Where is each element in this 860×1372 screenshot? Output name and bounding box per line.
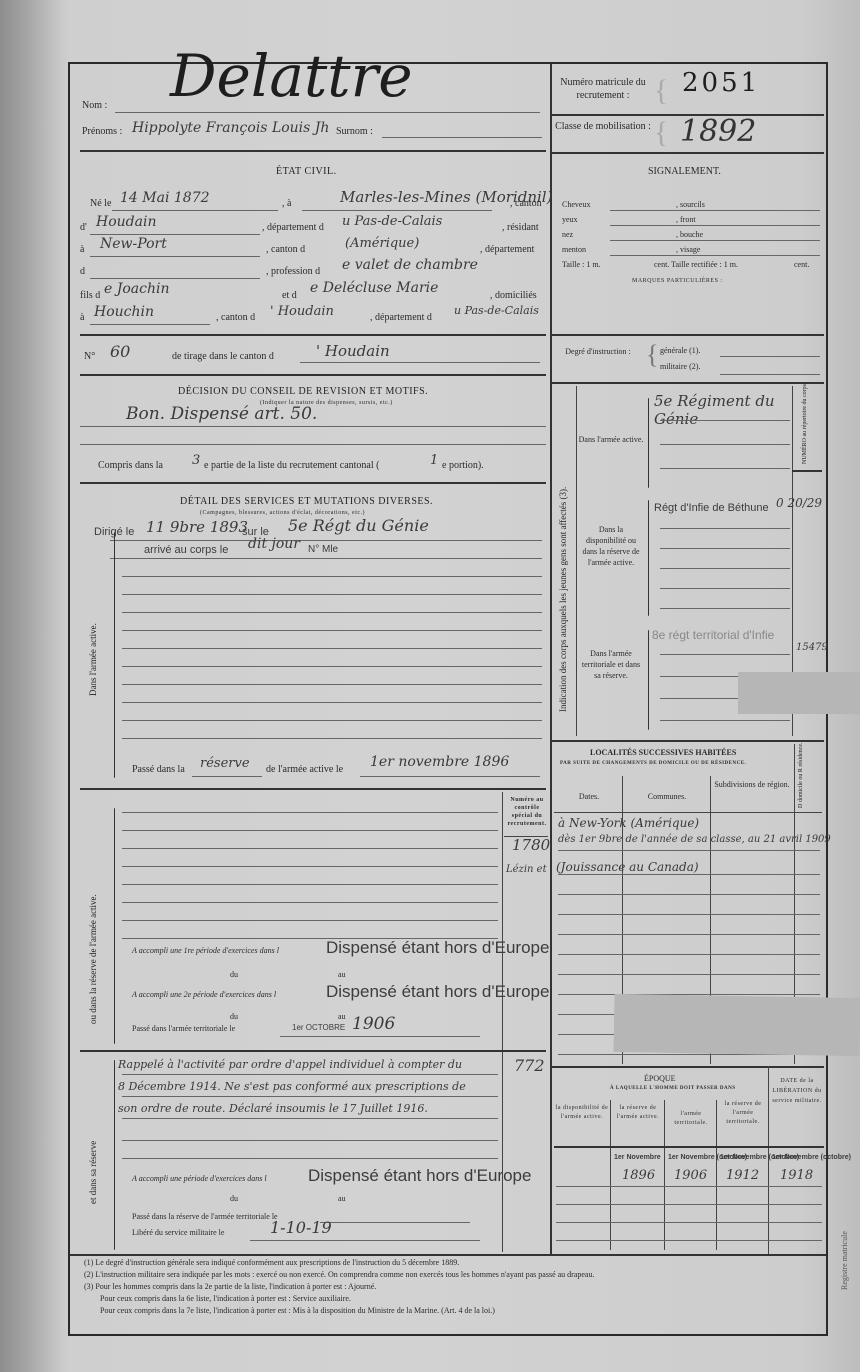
ruled-line [660, 588, 790, 589]
localites-title: LOCALITÉS SUCCESSIVES HABITÉES [590, 748, 736, 757]
periode1-stamp: Dispensé étant hors d'Europe [326, 938, 549, 958]
services-title: DÉTAIL DES SERVICES ET MUTATIONS DIVERSE… [180, 496, 433, 507]
corps-active-value-1: 5e Régiment du [654, 392, 775, 410]
localite-entry-2: dès 1er 9bre de l'année de sa classe, au… [558, 834, 831, 845]
ruled-line [660, 468, 790, 469]
ruled-line [558, 934, 820, 935]
periode1-label: A accompli une 1re période d'exercices d… [132, 946, 279, 955]
du-label-2: du [230, 1012, 238, 1021]
canton3-label: , canton d [216, 312, 255, 323]
tirage-no-label: N° [84, 351, 95, 362]
birth-date: 14 Mai 1872 [120, 190, 210, 206]
au-label-3: au [338, 1194, 346, 1203]
taille-label: Taille : 1 m. [562, 260, 601, 269]
divider [554, 1146, 824, 1148]
cent-label: cent. [794, 260, 809, 269]
line [110, 540, 542, 541]
epoque-col-reserve-territoriale: la réserve de l'armée territoriale. [718, 1100, 768, 1127]
canton-prefix: d' [80, 222, 87, 233]
ruled-line [122, 648, 542, 649]
localites-col-dates: Dates. [556, 792, 622, 801]
line [112, 210, 278, 211]
ruled-line [556, 1240, 822, 1241]
a-label: , à [282, 198, 291, 209]
d-label: d [80, 266, 85, 277]
epoque-stamp-4: 1er Novembre (octobre) [772, 1154, 851, 1161]
brace [648, 500, 649, 616]
ruled-line [660, 654, 790, 655]
menton-label: menton [562, 245, 586, 254]
decision-title: DÉCISION DU CONSEIL DE REVISION ET MOTIF… [178, 386, 428, 397]
du-label: du [230, 970, 238, 979]
ruled-line [558, 850, 820, 851]
ruled-line [122, 902, 498, 903]
sur-value: 5e Régt du Génie [288, 516, 429, 535]
ruled-line [122, 866, 498, 867]
surnom-line [382, 137, 542, 138]
ruled-line [660, 444, 790, 445]
line [300, 362, 540, 363]
front-label: , front [676, 215, 696, 224]
passe-reserve-terr-label: Passé dans la réserve de l'armée territo… [132, 1212, 278, 1221]
portion-value: 1 [430, 453, 438, 468]
line [720, 356, 820, 357]
corps-active-value-2: Génie [654, 410, 698, 428]
line [90, 234, 260, 235]
ruled-line [660, 720, 790, 721]
ruled-line [558, 874, 820, 875]
corps-territoriale-stamp: 8e régt territorial d'Infie [652, 628, 774, 642]
nom-label: Nom : [82, 100, 107, 111]
epoque-year-reserve-territoriale: 1912 [726, 1168, 759, 1183]
domicile-value: Houchin [94, 304, 154, 320]
ruled-line [122, 1140, 498, 1141]
residant-label: , résidant [502, 222, 539, 233]
numero-controle-label: Numéro au contrôle spécial du recrutemen… [504, 796, 550, 828]
line [90, 324, 210, 325]
brace-glyph: { [646, 340, 658, 370]
footnote-4: Pour ceux compris dans la 6e liste, l'in… [100, 1294, 351, 1303]
side-label-reserve: ou dans la réserve de l'armée active. [88, 894, 98, 1024]
ruled-line [610, 240, 820, 241]
taille-rectifiee-label: cent. Taille rectifiée : 1 m. [654, 260, 738, 269]
vline [716, 1100, 717, 1250]
surnom-label: Surnom : [336, 126, 373, 137]
periode2-label: A accompli une 2e période d'exercices da… [132, 990, 276, 999]
fils-label: fils d [80, 290, 100, 301]
nez-label: nez [562, 230, 573, 239]
instruction-generale-label: générale (1). [660, 346, 700, 355]
classe-value: 1892 [680, 114, 756, 149]
corps-side-label: Indication des corps auxquels les jeunes… [558, 487, 568, 712]
domicile-prefix: à [80, 312, 84, 323]
ruled-line [610, 210, 820, 211]
ruled-line [556, 1222, 822, 1223]
epoque-year-reserve: 1896 [622, 1168, 655, 1183]
libere-label: Libéré du service militaire le [132, 1228, 224, 1237]
ruled-line [122, 920, 498, 921]
tirage-canton: ' Houdain [316, 342, 390, 360]
epoque-subtitle: À LAQUELLE L'HOMME DOIT PASSER DANS [610, 1086, 736, 1091]
yeux-label: yeux [562, 215, 578, 224]
line [80, 444, 546, 445]
visage-label: , visage [676, 245, 700, 254]
corps-disponibilite-number: 0 20/29 [776, 496, 822, 510]
du-label-3: du [230, 1194, 238, 1203]
etat-civil-title: ÉTAT CIVIL. [276, 166, 337, 177]
ruled-line [556, 1204, 822, 1205]
ruled-line [122, 666, 542, 667]
au-label-2: au [338, 1012, 346, 1021]
paper-patch [738, 672, 860, 714]
ruled-line [122, 830, 498, 831]
ruled-line [558, 954, 820, 955]
brace [114, 532, 115, 778]
et-label: et d [282, 290, 297, 301]
numero-controle-value: 1780 [512, 836, 550, 854]
divider [80, 150, 546, 152]
vline [664, 1100, 665, 1250]
divider [552, 740, 824, 742]
ne-le-label: Né le [90, 198, 111, 209]
brace [648, 398, 649, 488]
line [250, 1240, 480, 1241]
divider [80, 482, 546, 484]
rappel-text-2: 8 Décembre 1914. Ne s'est pas conformé a… [118, 1080, 466, 1093]
au-label: au [338, 970, 346, 979]
numero-controle-note: Lézin et [506, 864, 547, 875]
line [90, 278, 260, 279]
divider [80, 1050, 546, 1052]
ruled-line [556, 1186, 822, 1187]
ruled-line [122, 720, 542, 721]
brace [114, 1060, 115, 1250]
compris-mid: e partie de la liste du recrutement cant… [204, 460, 379, 471]
line [360, 776, 540, 777]
ruled-line [122, 702, 542, 703]
ruled-line [122, 684, 542, 685]
ruled-line [660, 548, 790, 549]
corps-disponibilite-stamp: Régt d'Infie de Béthune [654, 502, 769, 514]
arrive-label: arrivé au corps le [144, 544, 228, 556]
localites-col-subdivisions: Subdivisions de région. [712, 780, 792, 790]
cheveux-label: Cheveux [562, 200, 590, 209]
passe-territoriale-label: Passé dans l'armée territoriale le [132, 1024, 235, 1033]
residence-prefix: à [80, 244, 84, 255]
periode2-stamp: Dispensé étant hors d'Europe [326, 982, 549, 1002]
line [90, 256, 260, 257]
line [192, 776, 262, 777]
rappel-text-1: Rappelé à l'activité par ordre d'appel i… [118, 1058, 462, 1071]
brace [114, 808, 115, 1044]
departement-label: , département d [262, 222, 324, 233]
nom-line [115, 112, 540, 113]
registre-matricule-form: Nom : Delattre Prénoms : Hippolyte Franç… [68, 62, 828, 1336]
partie-value: 3 [192, 453, 200, 468]
residence-value: New-Port [100, 236, 167, 252]
ruled-line [122, 1096, 498, 1097]
localites-subtitle: PAR SUITE DE CHANGEMENTS DE DOMICILE OU … [560, 761, 746, 766]
instruction-label: Degré d'instruction : [560, 346, 636, 357]
prenoms-value: Hippolyte François Louis Jh [132, 120, 329, 136]
corps-territoriale-number: 15479 [796, 642, 828, 653]
column-divider [550, 64, 552, 1254]
decision-value: Bon. Dispensé art. 50. [126, 404, 317, 424]
line [110, 558, 542, 559]
ruled-line [122, 576, 542, 577]
canton2-value: (Amérique) [345, 236, 419, 251]
localites-col-domicile: D domicile ou R résidence. [798, 743, 804, 808]
ruled-line [660, 528, 790, 529]
liberation-label: DATE de la LIBÉRATION du service militai… [770, 1076, 824, 1106]
corps-territoriale-label: Dans l'armée territoriale et dans sa rés… [578, 648, 644, 681]
paper-patch [614, 994, 860, 1056]
ruled-line [660, 568, 790, 569]
departement3-label: , département d [370, 312, 432, 323]
ruled-line [122, 1158, 498, 1159]
ruled-line [122, 848, 498, 849]
profession-value: e valet de chambre [342, 257, 478, 273]
margin-note: Registre matricule [840, 1231, 849, 1290]
departement3-value: u Pas-de-Calais [454, 304, 539, 317]
instruction-militaire-label: militaire (2). [660, 362, 700, 371]
footnote-5: Pour ceux compris dans la 7e liste, l'in… [100, 1306, 495, 1315]
ruled-line [122, 1074, 498, 1075]
sourcils-label: , sourcils [676, 200, 705, 209]
corps-disponibilite-label: Dans la disponibilité ou dans la réserve… [578, 524, 644, 568]
passe-reserve-date: 1er novembre 1896 [370, 754, 509, 770]
ruled-line [122, 630, 542, 631]
ruled-line [558, 894, 820, 895]
periode3-stamp: Dispensé étant hors d'Europe [308, 1166, 531, 1186]
footnote-1: (1) Le degré d'instruction générale sera… [84, 1258, 459, 1267]
brace-glyph: { [654, 116, 668, 150]
passe-territoriale-year: 1906 [352, 1014, 395, 1034]
footnote-2: (2) L'instruction militaire sera indiqué… [84, 1270, 594, 1279]
passe-territoriale-stamp: 1er OCTOBRE [292, 1023, 345, 1032]
passe-reserve-mid: de l'armée active le [266, 764, 343, 775]
matricule-value: 2051 [682, 68, 760, 98]
mother-name: e Delécluse Marie [310, 280, 438, 296]
line [80, 426, 546, 427]
ruled-line [122, 812, 498, 813]
prenoms-label: Prénoms : [82, 126, 122, 137]
compris-post: e portion). [442, 460, 484, 471]
ruled-line [660, 608, 790, 609]
footnote-3: (3) Pour les hommes compris dans la 2e p… [84, 1282, 376, 1291]
departement2-label: , département [480, 244, 534, 255]
ruled-line [660, 420, 790, 421]
divider [552, 152, 824, 154]
passe-reserve-label: Passé dans la [132, 764, 185, 775]
classe-label: Classe de mobilisation : [554, 120, 652, 133]
periode3-label: A accompli une période d'exercices dans … [132, 1174, 267, 1183]
bouche-label: , bouche [676, 230, 703, 239]
epoque-year-liberation: 1918 [780, 1168, 813, 1183]
tirage-text: de tirage dans le canton d [172, 351, 274, 362]
ruled-line [122, 738, 542, 739]
vline [610, 1100, 611, 1250]
divider [80, 788, 546, 790]
father-name: e Joachin [104, 281, 169, 297]
nom-value: Delattre [170, 42, 413, 110]
line [302, 210, 492, 211]
arrive-value: dit jour [248, 536, 300, 552]
corps-active-label: Dans l'armée active. [578, 434, 644, 445]
departement-value: u Pas-de-Calais [342, 214, 442, 229]
matricule-label: Numéro matricule du recrutement : [554, 76, 652, 102]
epoque-stamp-1: 1er Novembre [614, 1154, 661, 1161]
ruled-line [122, 884, 498, 885]
canton2-label: , canton d [266, 244, 305, 255]
epoque-year-territoriale: 1906 [674, 1168, 707, 1183]
line [280, 1036, 480, 1037]
ruled-line [610, 255, 820, 256]
epoque-col-reserve-active: la réserve de l'armée active. [612, 1104, 664, 1122]
rappel-number: 772 [514, 1056, 545, 1075]
passe-reserve-value: réserve [200, 756, 250, 771]
vline [576, 386, 577, 736]
divider [80, 334, 546, 336]
localite-entry-3: (Jouissance au Canada) [556, 860, 699, 874]
side-label-active: Dans l'armée active. [88, 623, 98, 696]
domicilies-label: , domiciliés [490, 290, 537, 301]
libere-value: 1-10-19 [270, 1218, 332, 1237]
divider [552, 382, 824, 384]
epoque-title: ÉPOQUE [644, 1074, 676, 1083]
ruled-line [122, 612, 542, 613]
ruled-line [558, 914, 820, 915]
rappel-text-3: son ordre de route. Déclaré insoumis le … [118, 1102, 428, 1115]
canton-label: , canton [510, 198, 542, 209]
divider [792, 470, 822, 472]
no-mle-label: N° Mle [308, 544, 338, 555]
marques-label: MARQUES PARTICULIÈRES : [632, 278, 723, 284]
canton-value: Houdain [96, 214, 156, 230]
ruled-line [122, 1118, 498, 1119]
numero-repertoire-label: NUMÉRO au répertoire du corps. [802, 383, 808, 464]
ruled-line [558, 974, 820, 975]
divider [552, 334, 824, 336]
localite-entry-1: à New-York (Amérique) [558, 816, 699, 830]
side-label-territoriale: et dans sa réserve [88, 1141, 98, 1204]
divider [70, 1254, 826, 1256]
line [720, 374, 820, 375]
divider [80, 374, 546, 376]
divider [554, 812, 822, 813]
epoque-col-territoriale: l'armée territoriale. [666, 1110, 716, 1128]
brace [648, 630, 649, 730]
dirige-date: 11 9bre 1893 [146, 518, 248, 536]
profession-label: , profession d [266, 266, 320, 277]
canton3-value: ' Houdain [270, 304, 334, 319]
localites-col-communes: Communes. [624, 792, 710, 801]
line [320, 1222, 470, 1223]
ruled-line [610, 225, 820, 226]
signalement-title: SIGNALEMENT. [648, 166, 721, 177]
tirage-no-value: 60 [110, 342, 130, 361]
compris-label: Compris dans la [98, 460, 163, 471]
ruled-line [122, 594, 542, 595]
divider [552, 1066, 824, 1068]
brace-glyph: { [654, 74, 668, 108]
epoque-col-disponibilite: la disponibilité de l'armée active. [554, 1104, 610, 1122]
